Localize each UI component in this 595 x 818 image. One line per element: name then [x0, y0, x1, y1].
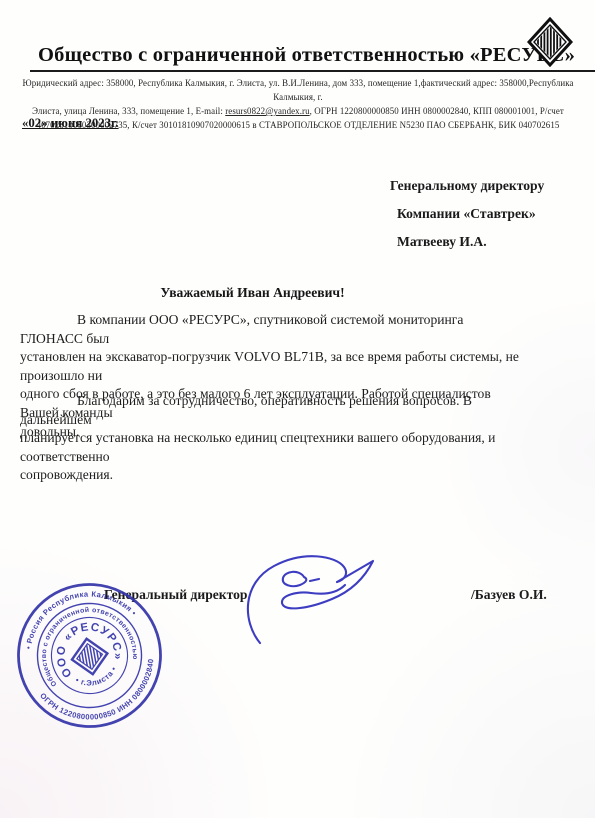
stamp-outer-circle	[13, 579, 166, 732]
date-line: «02» июня 2023г.	[22, 116, 119, 131]
handwritten-signature	[238, 553, 396, 649]
scanned-letter-page: Общество с ограниченной ответственностью…	[0, 0, 595, 818]
recipient-name: Матвееву И.А.	[390, 234, 544, 262]
recipient-company: Компании «Ставтрек»	[390, 206, 544, 234]
address-line-2-post: , ОГРН 1220800000850 ИНН 0800002840, КПП…	[310, 106, 564, 116]
signatory-name: /Базуев О.И.	[471, 587, 547, 603]
stamp-diamond-emblem-icon	[69, 636, 111, 678]
recipient-block: Генеральному директору Компании «Ставтре…	[390, 178, 544, 262]
address-line-1: Юридический адрес: 358000, Республика Ка…	[20, 76, 576, 104]
company-title: Общество с ограниченной ответственностью…	[30, 44, 595, 72]
body-paragraph-2: Благодарим за сотрудничество, оперативно…	[20, 392, 520, 485]
stamp-outer-ring-bottom-text: ОГРН 1220800000850 ИНН 0800002840	[37, 656, 166, 732]
salutation: Уважаемый Иван Андреевич!	[20, 285, 485, 301]
company-diamond-logo-icon	[527, 17, 573, 67]
company-stamp: • Россия Республика Калмыкия • ОГРН 1220…	[13, 579, 166, 732]
recipient-position: Генеральному директору	[390, 178, 544, 206]
address-line-2-pre: Элиста, улица Ленина, 333, помещение 1, …	[32, 106, 225, 116]
email-text: resurs0822@yandex.ru	[225, 106, 309, 116]
